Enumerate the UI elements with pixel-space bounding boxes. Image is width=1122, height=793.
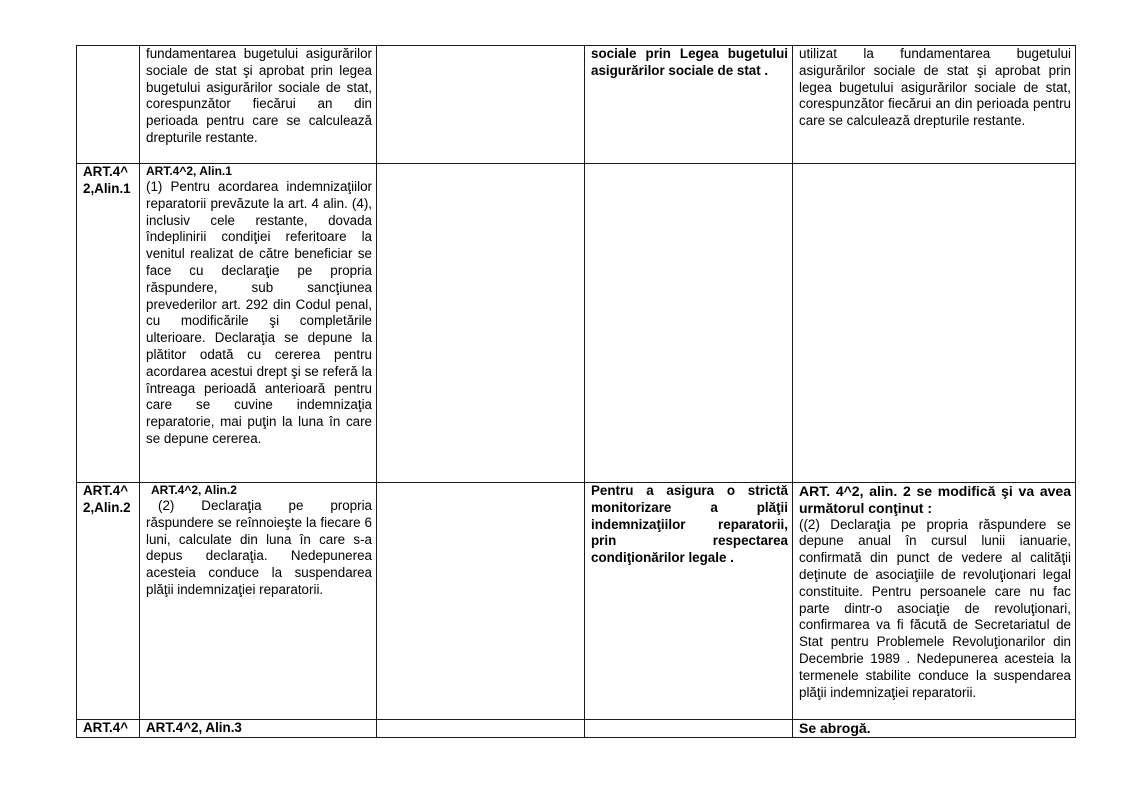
justification-cell: sociale prin Legea bugetului asigurărilo…	[585, 46, 793, 164]
justification-cell	[585, 164, 793, 483]
table-row: ART.4^ ART.4^2, Alin.3 Se abrogă.	[77, 720, 1076, 738]
proposed-text-cell: utilizat la fundamentarea bugetului asig…	[793, 46, 1076, 164]
article-ref-cell: ART.4^	[77, 720, 140, 738]
article-heading: ART.4^2, Alin.1	[146, 164, 372, 179]
empty-cell	[377, 164, 585, 483]
empty-cell	[377, 46, 585, 164]
table-row: ART.4^ 2,Alin.2 ART.4^2, Alin.2 (2) Decl…	[77, 483, 1076, 720]
table-row: ART.4^ 2,Alin.1 ART.4^2, Alin.1 (1) Pent…	[77, 164, 1076, 483]
proposed-text-cell	[793, 164, 1076, 483]
current-text-cell: fundamentarea bugetului asigurărilor soc…	[140, 46, 377, 164]
current-text-cell: ART.4^2, Alin.3	[140, 720, 377, 738]
proposed-body: ((2) Declaraţia pe propria răspundere se…	[799, 517, 1071, 702]
empty-cell	[377, 720, 585, 738]
empty-cell	[377, 483, 585, 720]
article-ref-cell: ART.4^ 2,Alin.2	[77, 483, 140, 720]
justification-cell: Pentru a asigura o strictă monitorizare …	[585, 483, 793, 720]
proposed-text-cell: ART. 4^2, alin. 2 se modifică şi va avea…	[793, 483, 1076, 720]
amendment-table: fundamentarea bugetului asigurărilor soc…	[76, 45, 1076, 738]
proposed-text-cell: Se abrogă.	[793, 720, 1076, 738]
article-body: (2) Declaraţia pe propria răspundere se …	[146, 498, 372, 599]
current-text-cell: ART.4^2, Alin.1 (1) Pentru acordarea ind…	[140, 164, 377, 483]
article-ref-cell	[77, 46, 140, 164]
current-text-cell: ART.4^2, Alin.2 (2) Declaraţia pe propri…	[140, 483, 377, 720]
article-body: (1) Pentru acordarea indemnizaţiilor rep…	[146, 179, 372, 448]
article-ref-cell: ART.4^ 2,Alin.1	[77, 164, 140, 483]
proposed-heading: ART. 4^2, alin. 2 se modifică şi va avea…	[799, 483, 1071, 517]
table-row: fundamentarea bugetului asigurărilor soc…	[77, 46, 1076, 164]
article-heading: ART.4^2, Alin.2	[146, 483, 372, 498]
justification-cell	[585, 720, 793, 738]
